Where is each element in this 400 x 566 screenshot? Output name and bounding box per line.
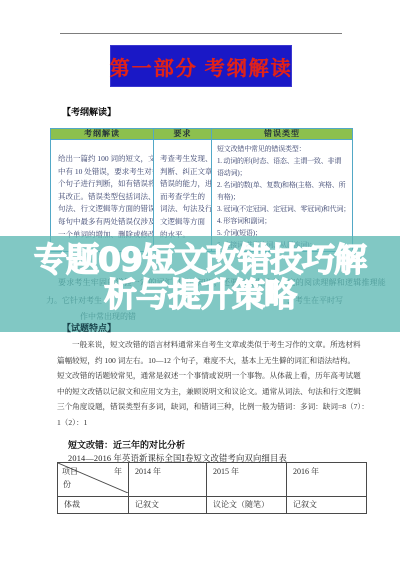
comparison-header-row: 项目 年 份 2014 年 2015 年 2016 年 [58,463,367,497]
text-line: 1. 动词的形(时态、语态、主谓一致、非谓 [217,155,349,167]
text-line: 文逻辑等方面 [160,216,208,229]
part-banner: 第一部分 考纲解读 [110,45,292,87]
text-line: 4. 形容词和副词； [217,215,349,227]
syllabus-section-label: 【考纲解读】 [62,105,116,118]
header-syllabus: 考纲解读 [51,129,154,140]
text-line: 中有 10 处错误，要求考生对每 [58,166,149,179]
header-error-types: 错误类型 [212,129,353,140]
cell-error-types-text: 短文改错中常见的错误类型：1. 动词的形(时态、语态、主谓一致、非谓语动词)；2… [212,140,353,252]
row-label-genre: 体裁 [58,497,129,514]
text-line: 判断、纠正文章 [160,166,208,179]
cell-syllabus-text: 给出一篇约 100 词的短文，文中有 10 处错误，要求考生对每个句子进行判断，… [51,140,154,252]
text-line: 个句子进行判断，如有错误将 [58,178,149,191]
text-line: 每句中最多有两处错误仅涉及 [58,216,149,229]
syllabus-table: 考纲解读 要求 错误类型 给出一篇约 100 词的短文，文中有 10 处错误，要… [50,128,353,252]
top-rule-divider [60,33,342,34]
diag-label-year: 年 [114,466,122,477]
table-body-row: 给出一篇约 100 词的短文，文中有 10 处错误，要求考生对每个句子进行判断，… [51,140,353,252]
year-header-2014: 2014 年 [129,463,207,497]
year-header-2016: 2016 年 [287,463,367,497]
features-paragraph: 一般来说，短文改错的语言材料通常来自考生文章或类似于考生习作的文章。所选材料篇幅… [57,337,349,431]
diag-label-item: 项目 [62,466,78,477]
cell-requirement-text: 考查考生发现、判断、纠正文章错误的能力，进而考查学生的词法、句法及行文逻辑等方面… [154,140,212,252]
watermark-band [0,236,400,332]
text-line: 其改正。错误类型包括词法、 [58,191,149,204]
text-line: 三个角度设题，错误类型有多词，缺词，和错词三种，比例一般为错词：多词：缺词=8（… [57,399,349,415]
text-line: 而考查学生的 [160,191,208,204]
features-section-label: 【试题特点】 [62,321,116,334]
year-header-2015: 2015 年 [207,463,287,497]
part-banner-title: 第一部分 考纲解读 [110,52,293,81]
diagonal-header-cell: 项目 年 份 [58,463,129,497]
header-requirement: 要求 [154,129,212,140]
text-line: 3. 冠词(不定冠词、定冠词、零冠词)和代词； [217,203,349,215]
text-line: 语动词)； [217,167,349,179]
document-page: 第一部分 考纲解读 【考纲解读】 考纲解读 要求 错误类型 给出一篇约 100 … [0,0,400,566]
text-line: 句法、行文逻辑等方面的错误。 [58,203,149,216]
genre-2016: 记叙文 [287,497,367,514]
text-line: 考查考生发现、 [160,153,208,166]
genre-2014: 记叙文 [129,497,207,514]
text-line: 一般来说，短文改错的语言材料通常来自考生文章或类似于考生习作的文章。所选材料 [57,337,349,353]
text-line: 词法、句法及行 [160,203,208,216]
text-line: 给出一篇约 100 词的短文，文 [58,153,149,166]
comparison-heading: 短文改错：近三年的对比分析 [68,438,185,451]
text-line: 1（2）：1 [57,415,349,431]
genre-2015: 议论文（随笔） [207,497,287,514]
text-line: 短文改错中常见的错误类型： [217,143,349,155]
text-line: 错误的能力，进 [160,178,208,191]
text-line: 中的短文改错以记叙文和应用文为主，兼顾说明文和议论文。通常从词法、句法和行文逻辑 [57,384,349,400]
diag-label-year-wrap: 份 [63,479,71,490]
text-line: 2. 名词的数(单、复数)和格(主格、宾格、所 [217,179,349,191]
text-line: 篇幅较短，约 100 词左右。10—12 个句子，难度不大，基本上无生僻的词汇和… [57,353,349,369]
comparison-table: 项目 年 份 2014 年 2015 年 2016 年 体裁 记叙文 议论文（随… [57,462,367,514]
text-line: 有格)； [217,191,349,203]
text-line: 短文改错的话题较常见，通常是叙述一个事情或说明一个事物。从体裁上看，历年高考试题 [57,368,349,384]
table-header-row: 考纲解读 要求 错误类型 [51,129,353,140]
comparison-genre-row: 体裁 记叙文 议论文（随笔） 记叙文 [58,497,367,514]
